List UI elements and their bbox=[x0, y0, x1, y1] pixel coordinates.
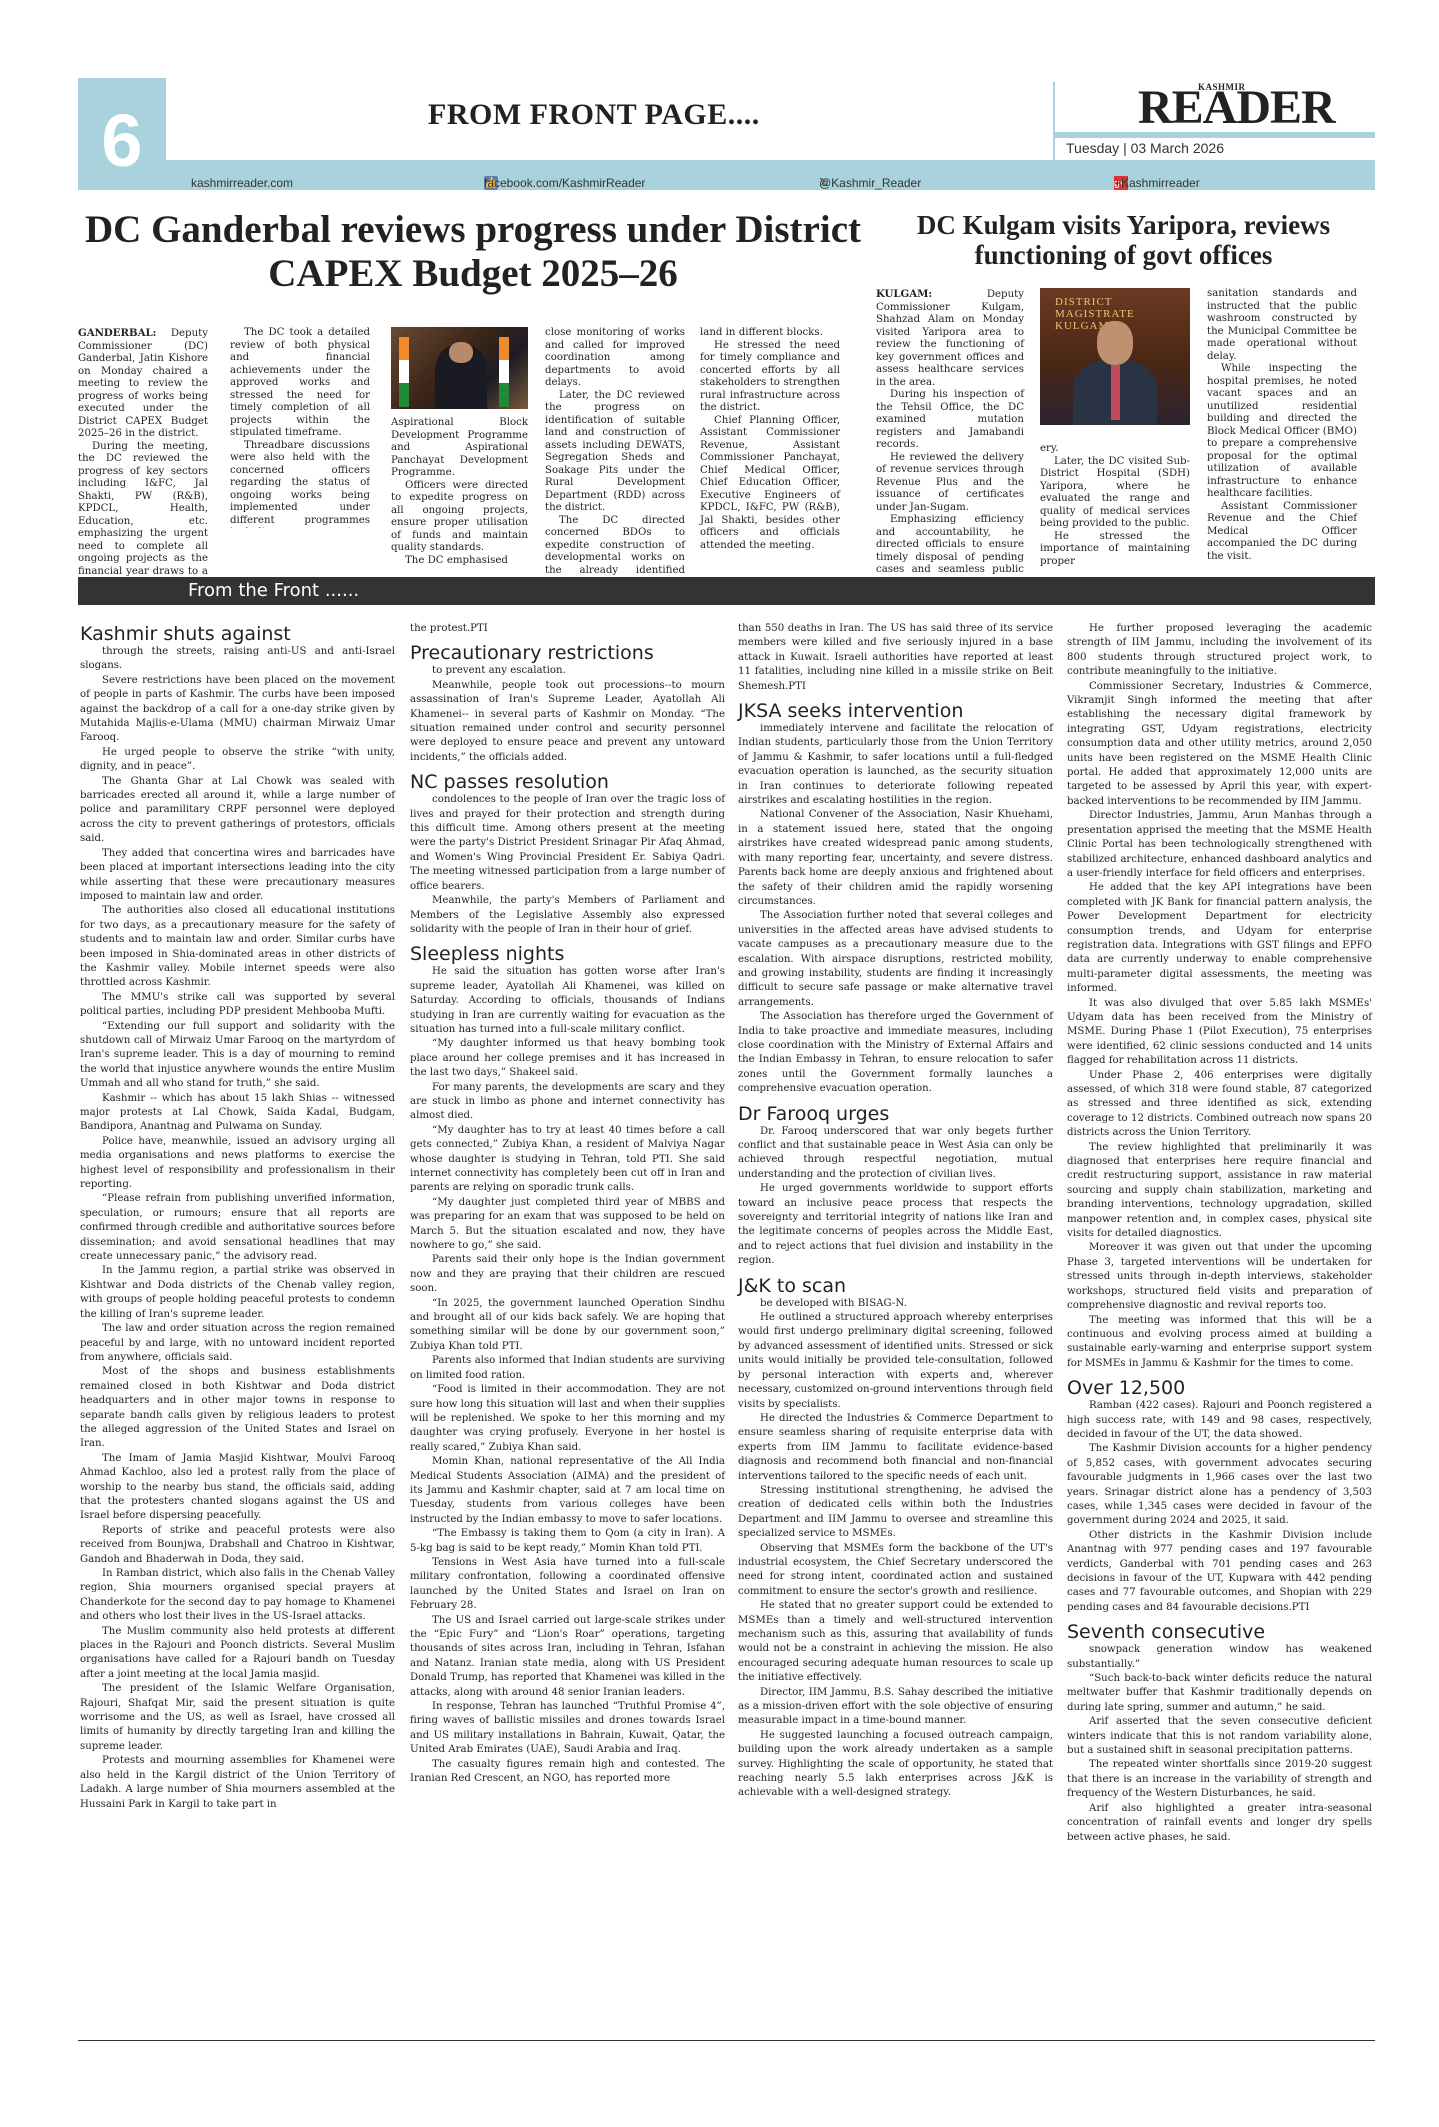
paragraph: Other districts in the Kashmir Division … bbox=[1067, 1529, 1372, 1615]
paragraph: The meeting was informed that this will … bbox=[1067, 1314, 1372, 1372]
paragraph: “In 2025, the government launched Operat… bbox=[410, 1297, 725, 1355]
paragraph: Commissioner Secretary, Industries & Com… bbox=[1067, 680, 1372, 810]
paragraph: The authorities also closed all educatio… bbox=[80, 904, 395, 990]
paragraph: “My daughter informed us that heavy bomb… bbox=[410, 1037, 725, 1080]
paragraph: It was also divulged that over 5.85 lakh… bbox=[1067, 997, 1372, 1069]
subheading: Kashmir shuts against bbox=[80, 623, 395, 645]
paragraph: Under Phase 2, 406 enterprises were digi… bbox=[1067, 1069, 1372, 1141]
bottom-rule bbox=[78, 2040, 1375, 2041]
subheading: Dr Farooq urges bbox=[738, 1103, 1053, 1125]
paragraph: Kashmir -- which has about 15 lakh Shias… bbox=[80, 1092, 395, 1135]
paragraph: For many parents, the developments are s… bbox=[410, 1081, 725, 1124]
official-face bbox=[449, 342, 474, 363]
paragraph: He directed the Industries & Commerce De… bbox=[738, 1412, 1053, 1484]
front-column-3: than 550 deaths in Iran. The US has said… bbox=[738, 622, 1053, 1801]
story2-photo: DISTRICT MAGISTRATE KULGAM bbox=[1040, 288, 1190, 425]
paragraph: He stated that no greater support could … bbox=[738, 1599, 1053, 1685]
paragraph: than 550 deaths in Iran. The US has said… bbox=[738, 622, 1053, 694]
divider bbox=[1055, 132, 1375, 138]
paragraph: National Convener of the Association, Na… bbox=[738, 808, 1053, 909]
paragraph: In the Jammu region, a partial strike wa… bbox=[80, 1264, 395, 1322]
paragraph: He urged people to observe the strike “w… bbox=[80, 746, 395, 775]
gplus-text: +Kashmirreader bbox=[1114, 176, 1200, 190]
paragraph: Moreover it was given out that under the… bbox=[1067, 1241, 1372, 1313]
official-face bbox=[1097, 321, 1133, 365]
divider bbox=[1053, 82, 1055, 160]
story2-headline: DC Kulgam visits Yaripora, reviews funct… bbox=[876, 210, 1371, 270]
section-bar-from-the-front: From the Front ...... bbox=[78, 577, 1375, 605]
paragraph: He outlined a structured approach whereb… bbox=[738, 1311, 1053, 1412]
story1-photo bbox=[391, 327, 528, 409]
paragraph: The casualty figures remain high and con… bbox=[410, 1758, 725, 1787]
paragraph: be developed with BISAG-N. bbox=[738, 1297, 1053, 1311]
paragraph: The president of the Islamic Welfare Org… bbox=[80, 1682, 395, 1754]
paragraph: He said the situation has gotten worse a… bbox=[410, 965, 725, 1037]
paragraph: Later, the DC visited Sub-District Hospi… bbox=[1040, 456, 1190, 531]
paragraph: Meanwhile, the party's Members of Parlia… bbox=[410, 894, 725, 937]
paragraph: Stressing institutional strengthening, h… bbox=[738, 1484, 1053, 1542]
paragraph: He reviewed the delivery of revenue serv… bbox=[876, 452, 1024, 515]
subheading: J&K to scan bbox=[738, 1275, 1053, 1297]
subheading: Over 12,500 bbox=[1067, 1377, 1372, 1399]
paragraph: snowpack generation window has weakened … bbox=[1067, 1643, 1372, 1672]
story2-col1: KULGAM: Deputy Commissioner Kulgam, Shah… bbox=[876, 288, 1024, 589]
paragraph: The DC took a detailed review of both ph… bbox=[230, 327, 370, 440]
story1-col5: land in different blocks. He stressed th… bbox=[700, 327, 840, 552]
paragraph: In Ramban district, which also falls in … bbox=[80, 1567, 395, 1625]
twitter-text: @Kashmir_Reader bbox=[819, 176, 921, 190]
story1-col4: close monitoring of works and called for… bbox=[545, 327, 685, 602]
paragraph: through the streets, raising anti-US and… bbox=[80, 645, 395, 674]
dateline: GANDERBAL: bbox=[78, 327, 156, 339]
paragraph: He added that the key API integrations h… bbox=[1067, 881, 1372, 996]
paragraph: He suggested launching a focused outreac… bbox=[738, 1729, 1053, 1801]
paragraph: The MMU's strike call was supported by s… bbox=[80, 991, 395, 1020]
paragraph: “The Embassy is taking them to Qom (a ci… bbox=[410, 1527, 725, 1556]
paragraph: The Association has therefore urged the … bbox=[738, 1010, 1053, 1096]
dateline: KULGAM: bbox=[876, 288, 932, 300]
paragraph: The Association further noted that sever… bbox=[738, 909, 1053, 1010]
page-number: 6 bbox=[78, 78, 166, 190]
paragraph: Severe restrictions have been placed on … bbox=[80, 674, 395, 746]
paragraph: “Food is limited in their accommodation.… bbox=[410, 1383, 725, 1455]
paragraph: During his inspection of the Tehsil Offi… bbox=[876, 389, 1024, 452]
paragraph: condolences to the people of Iran over t… bbox=[410, 793, 725, 894]
paragraph: Threadbare discussions were also held wi… bbox=[230, 440, 370, 528]
story1-col3: Aspirational Block Development Programme… bbox=[391, 417, 528, 567]
paragraph: Director, IIM Jammu, B.S. Sahay describe… bbox=[738, 1686, 1053, 1729]
paragraph: Meanwhile, people took out processions--… bbox=[410, 679, 725, 765]
paragraph: “My daughter just completed third year o… bbox=[410, 1196, 725, 1254]
paragraph: immediately intervene and facilitate the… bbox=[738, 722, 1053, 808]
paragraph: Officers were directed to expedite progr… bbox=[391, 480, 528, 555]
paragraph: The Ghanta Ghar at Lal Chowk was sealed … bbox=[80, 775, 395, 847]
subheading: Precautionary restrictions bbox=[410, 642, 725, 664]
subheading: NC passes resolution bbox=[410, 771, 725, 793]
flag-graphic bbox=[399, 337, 409, 407]
paragraph: Parents also informed that Indian studen… bbox=[410, 1354, 725, 1383]
subheading: Seventh consecutive bbox=[1067, 1621, 1372, 1643]
website-text: kashmirreader.com bbox=[191, 176, 293, 190]
paragraph: Ramban (422 cases). Rajouri and Poonch r… bbox=[1067, 1399, 1372, 1442]
paragraph: to prevent any escalation. bbox=[410, 664, 725, 678]
paragraph: Momin Khan, national representative of t… bbox=[410, 1455, 725, 1527]
paragraph: He stressed the need for timely complian… bbox=[700, 340, 840, 415]
paragraph: He further proposed leveraging the acade… bbox=[1067, 622, 1372, 680]
front-column-4: He further proposed leveraging the acade… bbox=[1067, 622, 1372, 1845]
paragraph: The review highlighted that preliminaril… bbox=[1067, 1141, 1372, 1242]
subheading: JKSA seeks intervention bbox=[738, 700, 1053, 722]
subheading: Sleepless nights bbox=[410, 943, 725, 965]
paragraph: Arif also highlighted a greater intra-se… bbox=[1067, 1802, 1372, 1845]
social-bar: kashmirreader.com 👍facebook.com/KashmirR… bbox=[166, 160, 1375, 190]
paragraph: Deputy Commissioner (DC) Ganderbal, Jati… bbox=[78, 328, 208, 439]
story2-col2: ery. Later, the DC visited Sub-District … bbox=[1040, 443, 1190, 568]
front-column-1: Kashmir shuts against through the street… bbox=[80, 617, 395, 1812]
newspaper-logo: KASHMIR READER bbox=[1138, 80, 1335, 135]
paragraph: The US and Israel carried out large-scal… bbox=[410, 1614, 725, 1700]
facebook-text: facebook.com/KashmirReader bbox=[484, 176, 645, 190]
paragraph: Chief Planning Officer, Assistant Commis… bbox=[700, 415, 840, 553]
paragraph: Police have, meanwhile, issued an adviso… bbox=[80, 1135, 395, 1193]
paragraph: He urged governments worldwide to suppor… bbox=[738, 1182, 1053, 1268]
masthead: 6 FROM FRONT PAGE.... KASHMIR READER Tue… bbox=[78, 78, 1375, 190]
paragraph: The Muslim community also held protests … bbox=[80, 1625, 395, 1683]
flag-graphic bbox=[499, 337, 509, 407]
paragraph: Tensions in West Asia have turned into a… bbox=[410, 1556, 725, 1614]
paragraph: While inspecting the hospital premises, … bbox=[1207, 363, 1357, 501]
story1-headline: DC Ganderbal reviews progress under Dist… bbox=[78, 208, 868, 295]
paragraph: Later, the DC reviewed the progress on i… bbox=[545, 390, 685, 515]
paragraph: The Kashmir Division accounts for a high… bbox=[1067, 1442, 1372, 1528]
story1-col1: GANDERBAL: Deputy Commissioner (DC) Gand… bbox=[78, 327, 208, 591]
paragraph: The repeated winter shortfalls since 201… bbox=[1067, 1758, 1372, 1801]
logo-small-text: KASHMIR bbox=[1198, 82, 1246, 92]
story1-col2: The DC took a detailed review of both ph… bbox=[230, 327, 370, 528]
paragraph: Director Industries, Jammu, Arun Manhas … bbox=[1067, 809, 1372, 881]
paragraph: The Imam of Jamia Masjid Kishtwar, Moulv… bbox=[80, 1452, 395, 1524]
page-title: FROM FRONT PAGE.... bbox=[428, 98, 760, 132]
paragraph: The law and order situation across the r… bbox=[80, 1322, 395, 1365]
paragraph: Deputy Commissioner Kulgam, Shahzad Alam… bbox=[876, 289, 1024, 388]
paragraph: “Such back-to-back winter deficits reduc… bbox=[1067, 1672, 1372, 1715]
paragraph: “Please refrain from publishing unverifi… bbox=[80, 1192, 395, 1264]
official-tie bbox=[1111, 365, 1120, 420]
paragraph: In response, Tehran has launched “Truthf… bbox=[410, 1700, 725, 1758]
paragraph: Most of the shops and business establish… bbox=[80, 1365, 395, 1451]
paragraph: Assistant Commissioner Revenue and the C… bbox=[1207, 501, 1357, 564]
story2-col3: sanitation standards and instructed that… bbox=[1207, 288, 1357, 563]
paragraph: Observing that MSMEs form the backbone o… bbox=[738, 1542, 1053, 1600]
paragraph: Protests and mourning assemblies for Kha… bbox=[80, 1754, 395, 1812]
front-column-2: the protest.PTI Precautionary restrictio… bbox=[410, 622, 725, 1786]
paragraph: Reports of strike and peaceful protests … bbox=[80, 1524, 395, 1567]
paragraph: Parents said their only hope is the Indi… bbox=[410, 1253, 725, 1296]
paragraph: “My daughter has to try at least 40 time… bbox=[410, 1124, 725, 1196]
paragraph: They added that concertina wires and bar… bbox=[80, 847, 395, 905]
paragraph: During the meeting, the DC reviewed the … bbox=[78, 441, 208, 591]
paragraph: Arif asserted that the seven consecutive… bbox=[1067, 1715, 1372, 1758]
paragraph: Dr. Farooq underscored that war only beg… bbox=[738, 1125, 1053, 1183]
issue-date: Tuesday | 03 March 2026 bbox=[1066, 140, 1224, 156]
paragraph: the protest.PTI bbox=[410, 622, 725, 636]
paragraph: “Extending our full support and solidari… bbox=[80, 1020, 395, 1092]
